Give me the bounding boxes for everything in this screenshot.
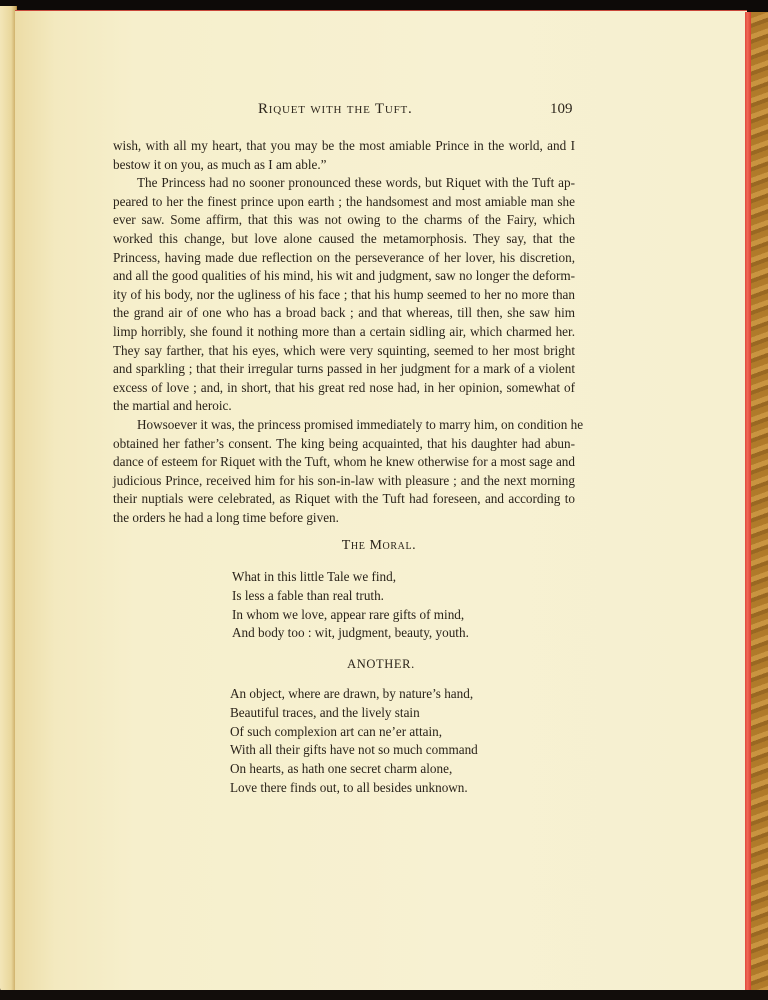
another-verse: An object, where are drawn, by nature’s … [230, 685, 478, 798]
running-title: Riquet with the Tuft. [258, 101, 413, 118]
decorative-cover-edge [751, 12, 768, 990]
another-heading: ANOTHER. [0, 657, 765, 672]
text-line: ever saw. Some affirm, that this was not… [113, 211, 575, 230]
verse-line: Love there finds out, to all besides unk… [230, 779, 478, 798]
verse-line: With all their gifts have not so much co… [230, 741, 478, 760]
verse-line: Beautiful traces, and the lively stain [230, 704, 478, 723]
text-line: judicious Prince, received him for his s… [113, 472, 575, 491]
verse-line: In whom we love, appear rare gifts of mi… [232, 606, 469, 625]
text-line: wish, with all my heart, that you may be… [113, 137, 575, 156]
verse-line: Of such complexion art can ne’er attain, [230, 723, 478, 742]
text-line: their nuptials were celebrated, as Rique… [113, 490, 575, 509]
book-bottom-edge [0, 990, 768, 1000]
text-line: Princess, having made due reflection on … [113, 249, 575, 268]
running-header: Riquet with the Tuft. 109 [0, 101, 768, 121]
text-line: bestow it on you, as much as I am able.” [113, 156, 575, 175]
verse-line: Is less a fable than real truth. [232, 587, 469, 606]
verse-line: An object, where are drawn, by nature’s … [230, 685, 478, 704]
text-line: excess of love ; and, in short, that his… [113, 379, 575, 398]
text-line: worked this change, but love alone cause… [113, 230, 575, 249]
text-line: dance of esteem for Riquet with the Tuft… [113, 453, 575, 472]
text-line: They say farther, that his eyes, which w… [113, 342, 575, 361]
body-text: wish, with all my heart, that you may be… [113, 137, 575, 527]
text-line: obtained her father’s consent. The king … [113, 435, 575, 454]
page-number: 109 [550, 101, 573, 118]
moral-heading: The Moral. [0, 538, 763, 554]
text-line: the grand air of one who has a broad bac… [113, 304, 575, 323]
text-line: limp horribly, she found it nothing more… [113, 323, 575, 342]
text-line: ity of his body, nor the ugliness of his… [113, 286, 575, 305]
verse-line: And body too : wit, judgment, beauty, yo… [232, 624, 469, 643]
moral-verse: What in this little Tale we find, Is les… [232, 568, 469, 643]
paragraph-start-line: The Princess had no sooner pronounced th… [113, 174, 575, 193]
text-line: the martial and heroic. [113, 397, 575, 416]
text-line: the orders he had a long time before giv… [113, 509, 575, 528]
text-line: peared to her the finest prince upon ear… [113, 193, 575, 212]
text-line: and sparkling ; that their irregular tur… [113, 360, 575, 379]
verse-line: What in this little Tale we find, [232, 568, 469, 587]
verse-line: On hearts, as hath one secret charm alon… [230, 760, 478, 779]
text-line: and all the good qualities of his mind, … [113, 267, 575, 286]
paragraph-start-line: Howsoever it was, the princess promised … [113, 416, 575, 435]
